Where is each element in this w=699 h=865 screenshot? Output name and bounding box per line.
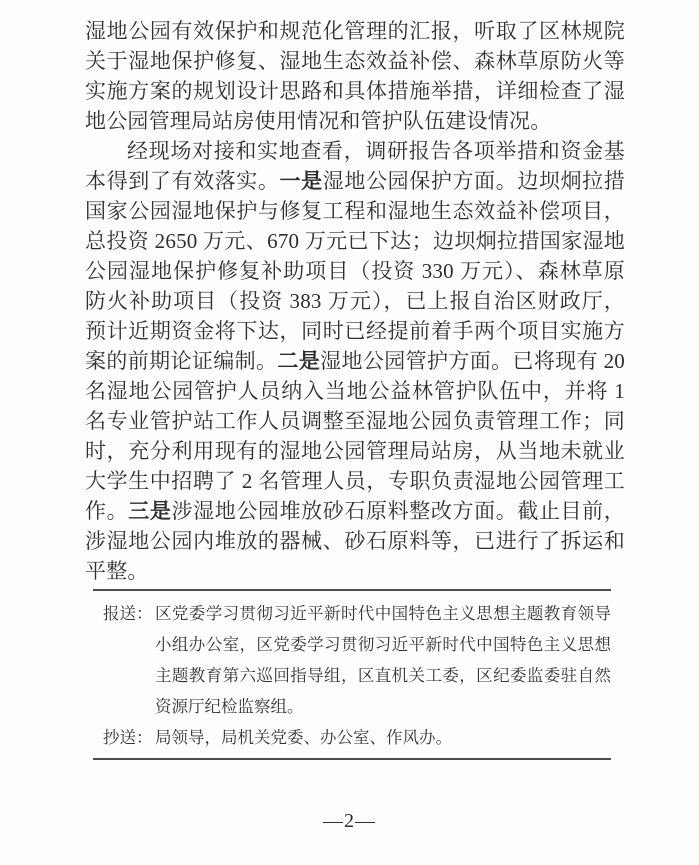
emphasis-segment: 三是 <box>128 499 171 523</box>
copy-to-label: 抄送： <box>103 722 153 753</box>
distribution-block: 报送： 区党委学习贯彻习近平新时代中国特色主义思想主题教育领导小组办公室，区党委… <box>93 589 611 760</box>
copy-to-row: 抄送： 局领导，局机关党委、办公室、作风办。 <box>93 722 611 753</box>
body-text: 湿地公园有效保护和规范化管理的汇报，听取了区林规院关于湿地保护修复、湿地生态效益… <box>85 16 625 586</box>
text-segment: 湿地公园管护方面。已将现有 20 名湿地公园管护人员纳入当地公益林管护队伍中，并… <box>85 349 625 523</box>
text-segment: 湿地公园保护方面。边坝炯拉措国家公园湿地保护与修复工程和湿地生态效益补偿项目，总… <box>85 169 625 373</box>
document-page: 湿地公园有效保护和规范化管理的汇报，听取了区林规院关于湿地保护修复、湿地生态效益… <box>0 0 699 865</box>
copy-to-text: 局领导，局机关党委、办公室、作风办。 <box>155 728 452 747</box>
text-segment: 湿地公园有效保护和规范化管理的汇报，听取了区林规院关于湿地保护修复、湿地生态效益… <box>85 19 625 133</box>
emphasis-segment: 二是 <box>277 349 320 373</box>
body-paragraph: 湿地公园有效保护和规范化管理的汇报，听取了区林规院关于湿地保护修复、湿地生态效益… <box>85 16 625 136</box>
report-to-text: 区党委学习贯彻习近平新时代中国特色主义思想主题教育领导小组办公室，区党委学习贯彻… <box>155 604 611 716</box>
emphasis-segment: 一是 <box>280 169 323 193</box>
body-paragraph: 经现场对接和实地查看，调研报告各项举措和资金基本得到了有效落实。一是湿地公园保护… <box>85 136 625 586</box>
page-number: —2— <box>0 810 699 833</box>
report-to-row: 报送： 区党委学习贯彻习近平新时代中国特色主义思想主题教育领导小组办公室，区党委… <box>93 598 611 722</box>
report-to-label: 报送： <box>103 598 153 629</box>
